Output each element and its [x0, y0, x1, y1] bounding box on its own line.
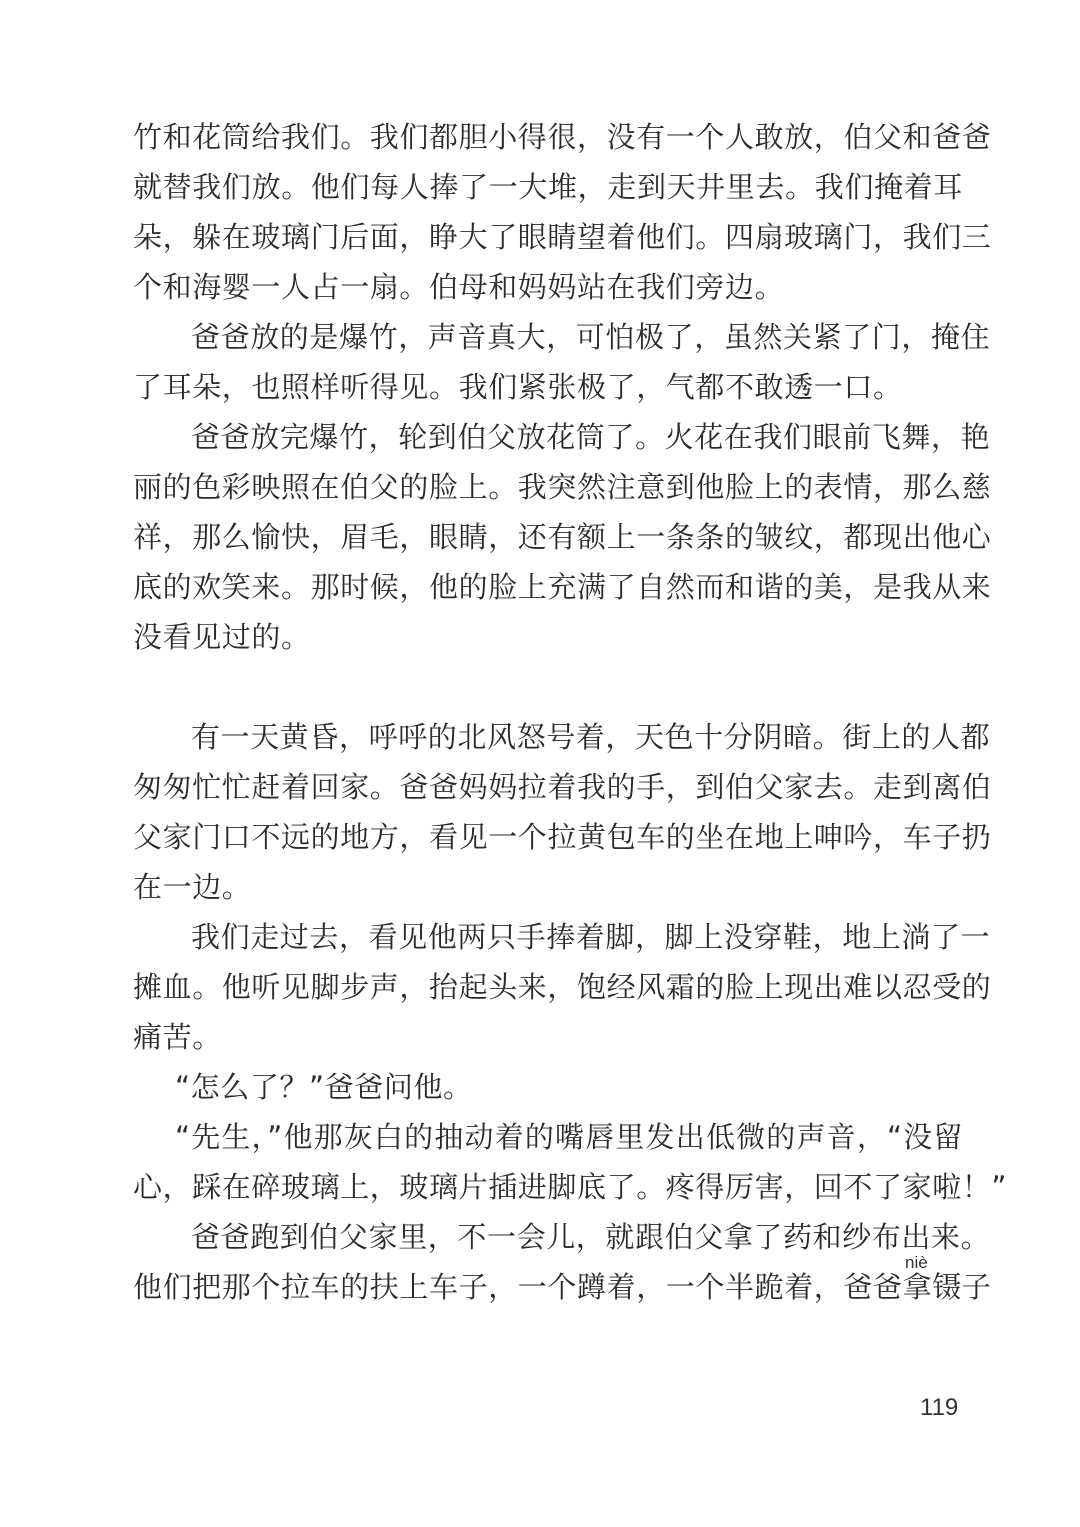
- text-line: 祥，那么愉快，眉毛，眼睛，还有额上一条条的皱纹，都现出他心: [133, 512, 963, 562]
- text-line: 就替我们放。他们每人捧了一大堆，走到天井里去。我们掩着耳: [133, 162, 963, 212]
- text-line: 摊血。他听见脚步声，抬起头来，饱经风霜的脸上现出难以忍受的: [133, 962, 963, 1012]
- paragraph-start-line: 爸爸放的是爆竹，声音真大，可怕极了，虽然关紧了门，掩住: [191, 312, 963, 362]
- text-line: 匆匆忙忙赶着回家。爸爸妈妈拉着我的手，到伯父家去。走到离伯: [133, 762, 963, 812]
- text-line: 丽的色彩映照在伯父的脸上。我突然注意到他脸上的表情，那么慈: [133, 462, 963, 512]
- text-line: 了耳朵，也照样听得见。我们紧张极了，气都不敢透一口。: [133, 362, 903, 412]
- text-line: 痛苦。: [133, 1012, 222, 1062]
- dialogue-line: “先生，”他那灰白的抽动着的嘴唇里发出低微的声音，“没留: [175, 1112, 963, 1162]
- text-line: 竹和花筒给我们。我们都胆小得很，没有一个人敢放，伯父和爸爸: [133, 112, 963, 162]
- text-line: 在一边。: [133, 862, 251, 912]
- text-line: 朵，躲在玻璃门后面，睁大了眼睛望着他们。四扇玻璃门，我们三: [133, 212, 963, 262]
- text-line: 他们把那个拉车的扶上车子，一个蹲着，一个半跪着，爸爸拿镊子: [133, 1262, 963, 1312]
- text-line: 心，踩在碎玻璃上，玻璃片插进脚底了。疼得厉害，回不了家啦！”: [133, 1162, 963, 1212]
- page-number: 119: [920, 1394, 958, 1422]
- paragraph-start-line: 我们走过去，看见他两只手捧着脚，脚上没穿鞋，地上淌了一: [191, 912, 963, 962]
- dialogue-line: “怎么了？”爸爸问他。: [175, 1062, 473, 1112]
- text-line: 没看见过的。: [133, 612, 311, 662]
- text-line: 底的欢笑来。那时候，他的脸上充满了自然而和谐的美，是我从来: [133, 562, 963, 612]
- text-line: 个和海婴一人占一扇。伯母和妈妈站在我们旁边。: [133, 262, 784, 312]
- text-line: 父家门口不远的地方，看见一个拉黄包车的坐在地上呻吟，车子扔: [133, 812, 963, 862]
- paragraph-start-line: 有一天黄昏，呼呼的北风怒号着，天色十分阴暗。街上的人都: [191, 712, 963, 762]
- paragraph-start-line: 爸爸跑到伯父家里，不一会儿，就跟伯父拿了药和纱布出来。: [191, 1212, 963, 1262]
- paragraph-start-line: 爸爸放完爆竹，轮到伯父放花筒了。火花在我们眼前飞舞，艳: [191, 412, 963, 462]
